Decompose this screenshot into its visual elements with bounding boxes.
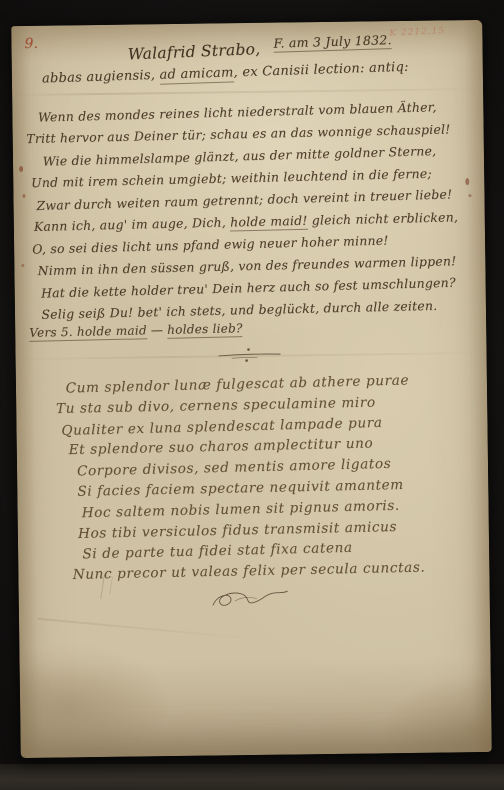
ink-speck — [21, 264, 24, 267]
subtitle-underlined: ad amicam — [159, 65, 234, 84]
ink-speck — [19, 166, 23, 172]
end-flourish-icon — [207, 586, 295, 619]
note-pre: Vers 5. holde maid — [29, 323, 147, 342]
subtitle-post: , ex Canisii lection: antiq: — [233, 60, 409, 81]
page-title: Walafrid Strabo, — [101, 39, 287, 65]
subtitle-pre: abbas augiensis, — [42, 68, 160, 87]
note-post: holdes lieb? — [167, 321, 243, 339]
table-surface — [0, 764, 504, 790]
date-text: F. am 3 July 1832. — [273, 32, 392, 53]
german-poem: Wenn des mondes reines licht niederstral… — [26, 97, 482, 325]
latin-poem: Cum splendor lunæ fulgescat ab athere pu… — [55, 370, 468, 585]
paper-crease — [38, 618, 267, 641]
date-inscription: F. am 3 July 1832. — [273, 32, 392, 51]
photo-background: 9. K 2212,15 Walafrid Strabo, F. am 3 Ju… — [0, 0, 504, 790]
section-divider-ornament — [215, 347, 283, 368]
note-dash: — — [147, 323, 168, 337]
pencil-marks — [96, 573, 126, 607]
page-number: 9. — [24, 36, 38, 52]
manuscript-paper: 9. K 2212,15 Walafrid Strabo, F. am 3 Ju… — [11, 20, 492, 758]
paper-crease — [12, 88, 483, 96]
ink-speck — [22, 194, 25, 198]
shelfmark: K 2212,15 — [389, 24, 481, 38]
